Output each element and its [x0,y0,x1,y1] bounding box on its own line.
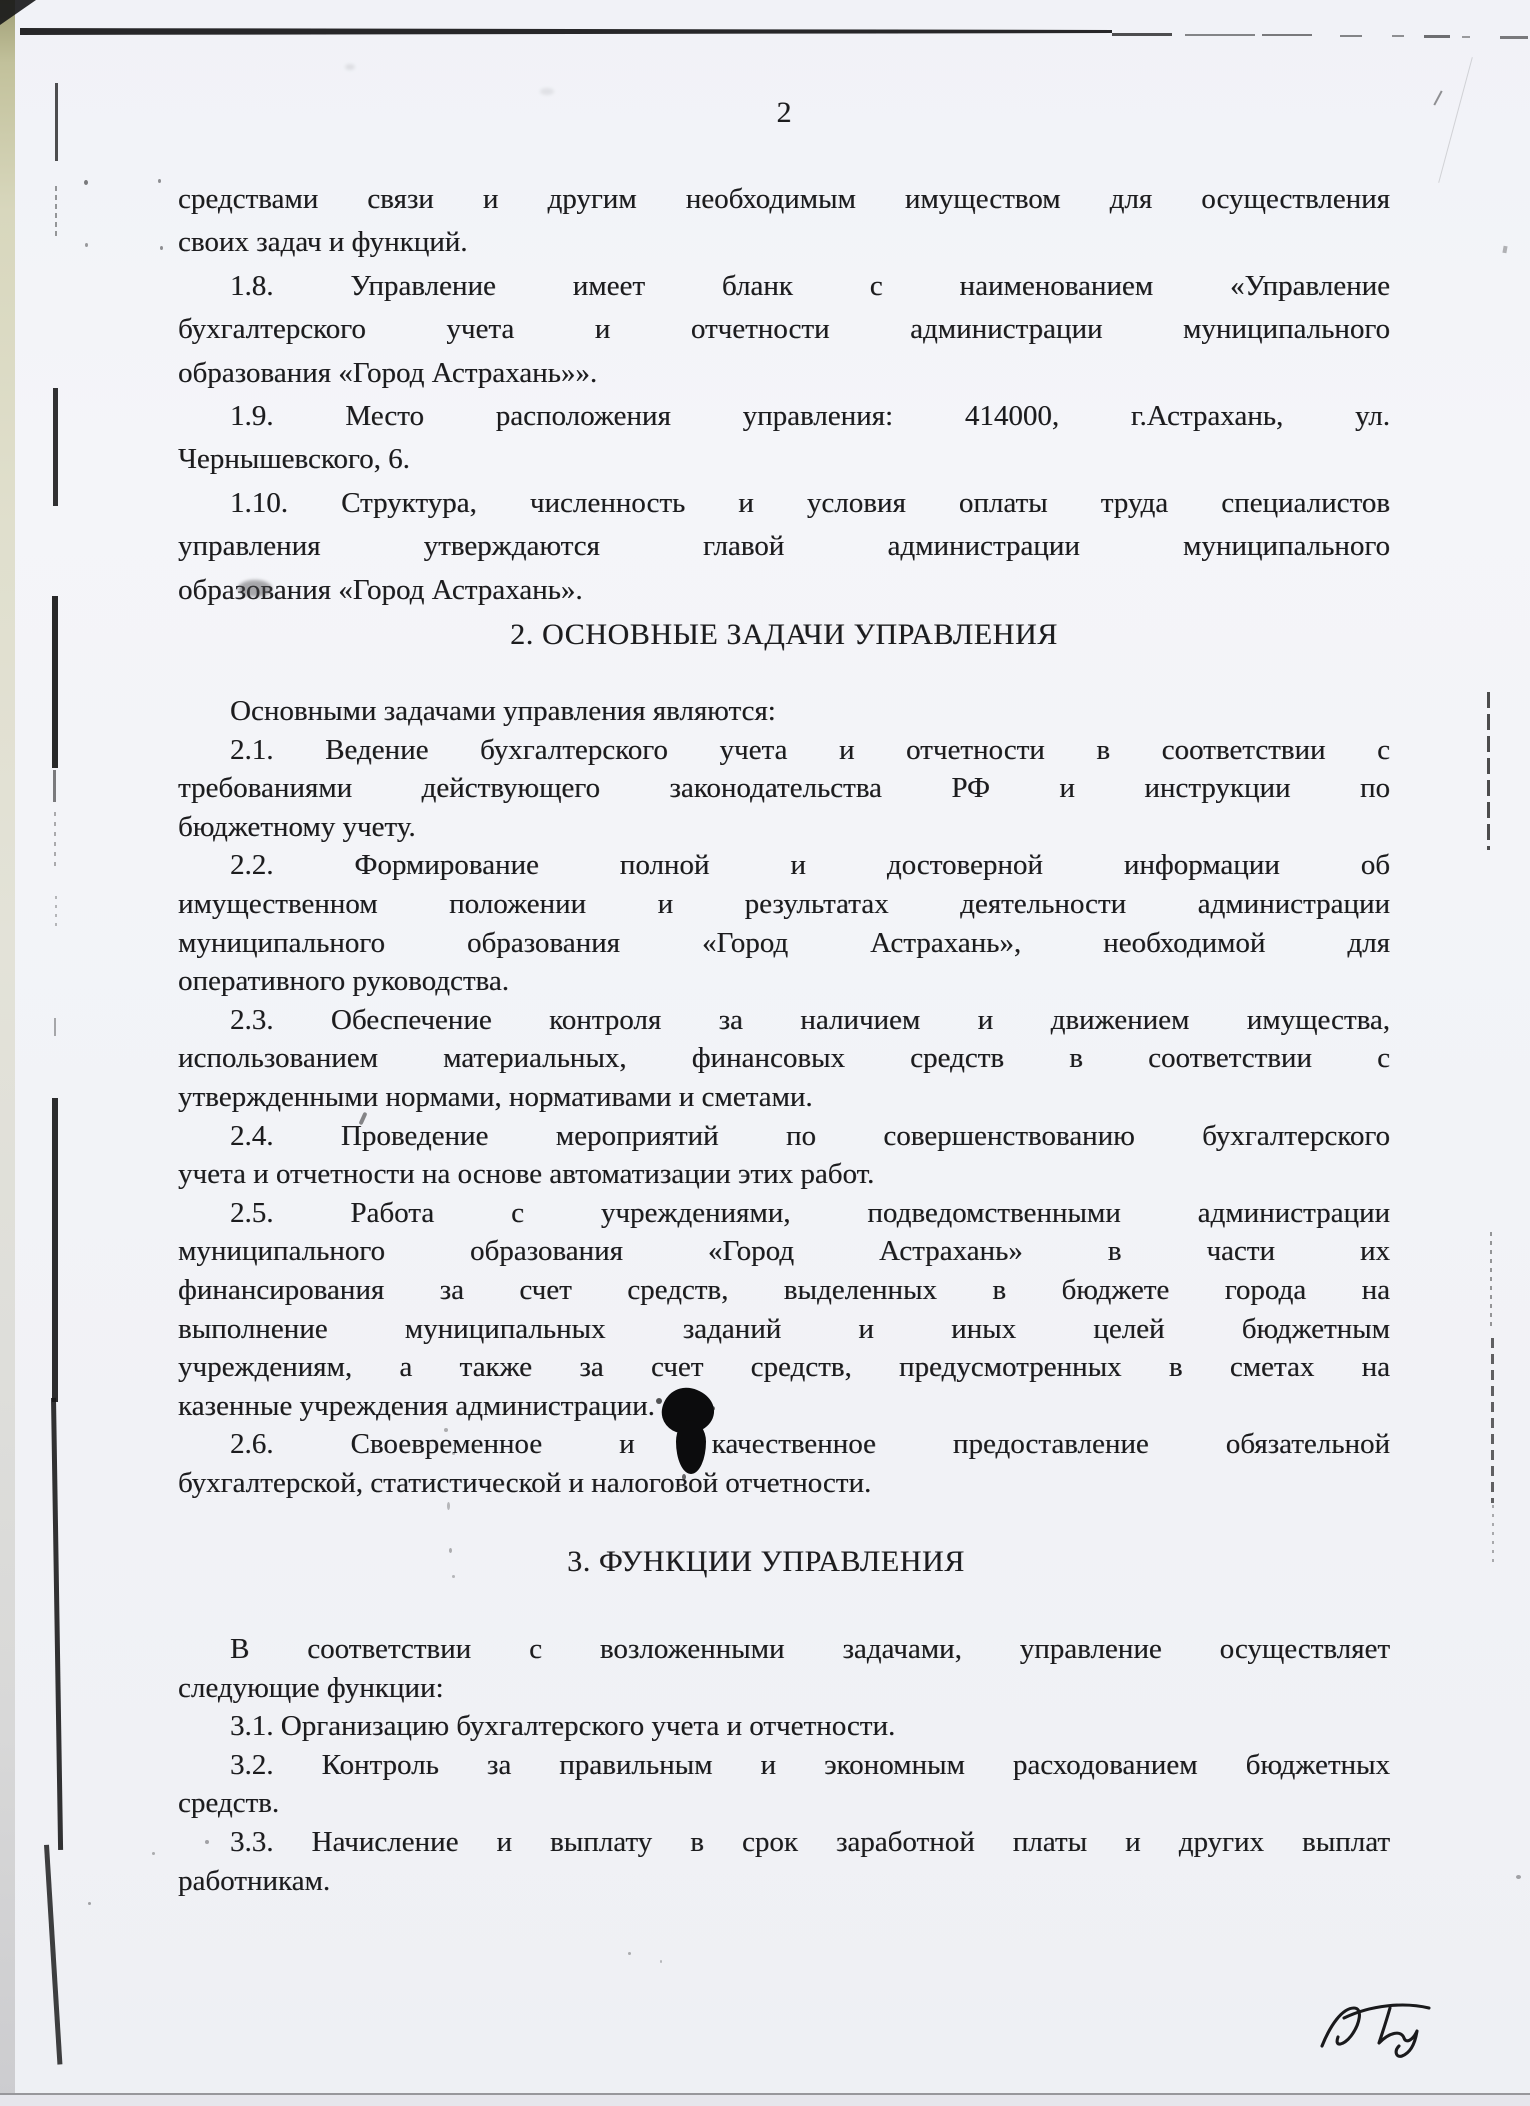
ink-splatter [682,1474,686,1480]
fold-line-segment [52,1098,58,1402]
ink-blot-drip [676,1420,706,1474]
text-line: средств. [178,1784,1390,1823]
scan-dash [1462,36,1470,38]
text-line: 2.5. Работа с учреждениями, подведомстве… [178,1194,1390,1233]
fold-line-segment [44,1845,62,2065]
faint-smudge [345,64,355,70]
paragraphs-3-1-to-3-3: В соответствии с возложенными задачами, … [178,1630,1390,1900]
text-line: использованием материальных, финансовых … [178,1039,1390,1078]
text-line: имущественном положении и результатах де… [178,885,1390,924]
fold-line-segment [55,186,57,236]
text-line: требованиями действующего законодательст… [178,769,1390,808]
text-line: образования «Город Астрахань»». [178,352,1390,395]
ink-blot-artifact [662,1388,722,1488]
scanned-document-page: 2 средствами связи и другим необходимым … [0,0,1530,2106]
speck [1516,1875,1521,1879]
signature-mark [1316,1996,1436,2067]
scan-dash [1112,33,1172,36]
speck [85,243,88,247]
fold-line-segment [51,1398,63,1850]
text-line: бюджетному учету. [178,808,1390,847]
speck [452,1452,455,1455]
ink-splatter [656,1398,662,1404]
text-line: управления утверждаются главой администр… [178,525,1390,568]
scan-dash [1262,34,1312,36]
edge-mark [1502,246,1507,254]
text-line: 2.1. Ведение бухгалтерского учета и отче… [178,731,1390,770]
edge-mark [1433,90,1442,105]
text-line: муниципального образования «Город Астрах… [178,924,1390,963]
corner-crease [1438,57,1473,183]
page-number: 2 [178,96,1390,130]
text-line: своих задач и функций. [178,221,1390,264]
text-line: 1.9. Место расположения управления: 4140… [178,395,1390,438]
scan-dash [1340,35,1362,37]
speck [628,1952,631,1955]
fold-line-segment [53,388,58,506]
scan-dash [1500,36,1528,39]
handwritten-signature-icon [1316,1996,1436,2062]
speck [660,1960,662,1963]
faint-smudge [540,88,554,95]
edge-mark [1490,1232,1492,1327]
text-line: Чернышевского, 6. [178,438,1390,481]
text-line: 1.10. Структура, численность и условия о… [178,482,1390,525]
text-line: 2.3. Обеспечение контроля за наличием и … [178,1001,1390,1040]
scan-dash [1392,35,1404,37]
fold-line-segment [53,770,56,802]
speck [158,179,161,183]
edge-mark [1491,1338,1494,1503]
fold-line-segment [52,596,58,768]
text-line: казенные учреждения администрации. [178,1387,1390,1426]
text-line: следующие функции: [178,1669,1390,1708]
speck [152,1852,155,1855]
speck [205,1840,209,1844]
text-line: 3.1. Организацию бухгалтерского учета и … [178,1707,1390,1746]
speck [160,246,163,250]
text-line: выполнение муниципальных заданий и иных … [178,1310,1390,1349]
paragraphs-2-1-to-2-6: Основными задачами управления являются:2… [178,692,1390,1502]
speck [449,1548,452,1553]
text-line: 1.8. Управление имеет бланк с наименован… [178,265,1390,308]
text-line: 3.2. Контроль за правильным и экономным … [178,1746,1390,1785]
text-line: средствами связи и другим необходимым им… [178,178,1390,221]
fold-line-segment [55,896,57,932]
text-line: бухгалтерского учета и отчетности админи… [178,308,1390,351]
scanner-edge-bottom [0,2095,1530,2106]
text-line: финансирования за счет средств, выделенн… [178,1271,1390,1310]
corner-blotch [0,0,36,25]
section-heading-functions: 3. ФУНКЦИИ УПРАВЛЕНИЯ [160,1545,1372,1579]
text-line: 3.3. Начисление и выплату в срок заработ… [178,1823,1390,1862]
scan-dash [1185,34,1255,36]
edge-mark [1492,1505,1494,1563]
ink-smudge [238,580,272,597]
text-line: В соответствии с возложенными задачами, … [178,1630,1390,1669]
text-line: 2.2. Формирование полной и достоверной и… [178,846,1390,885]
speck [84,180,88,185]
text-line: работникам. [178,1862,1390,1901]
text-line: учета и отчетности на основе автоматизац… [178,1155,1390,1194]
text-line: учреждениям, а также за счет средств, пр… [178,1348,1390,1387]
speck [88,1902,91,1905]
speck [444,1428,448,1432]
fold-line-segment [55,83,58,161]
text-line: 2.6. Своевременное и качественное предос… [178,1425,1390,1464]
text-line: бухгалтерской, статистической и налогово… [178,1464,1390,1503]
section-heading-main-tasks: 2. ОСНОВНЫЕ ЗАДАЧИ УПРАВЛЕНИЯ [178,618,1390,652]
text-line: Основными задачами управления являются: [178,692,1390,731]
paragraphs-1-8-to-1-10: средствами связи и другим необходимым им… [178,178,1390,612]
text-line: муниципального образования «Город Астрах… [178,1232,1390,1271]
text-line: оперативного руководства. [178,962,1390,1001]
edge-mark [1487,692,1490,850]
scan-line-top [20,28,1112,35]
scanner-edge-left [0,0,15,2106]
fold-line-segment [54,1018,56,1036]
fold-line-segment [54,812,56,868]
text-line: утвержденными нормами, нормативами и сме… [178,1078,1390,1117]
scan-dash [1424,35,1450,38]
speck [447,1502,450,1510]
text-line: образования «Город Астрахань». [178,569,1390,612]
speck [452,1575,455,1578]
